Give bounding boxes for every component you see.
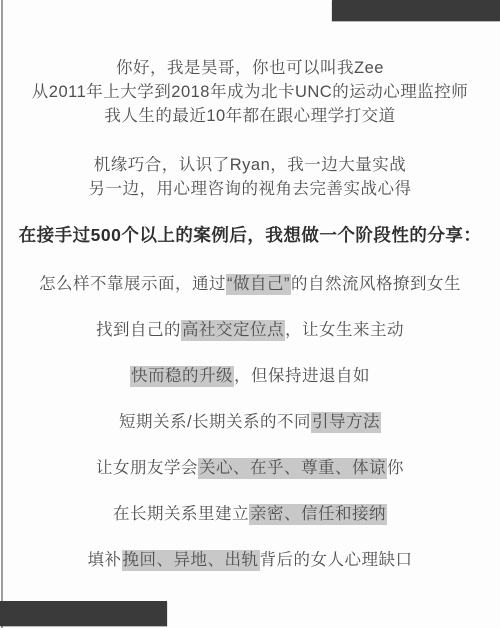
- bullet-item: 短期关系/长期关系的不同引导方法: [0, 412, 500, 432]
- bullet-item: 在长期关系里建立亲密、信任和接纳: [0, 504, 500, 524]
- bullet-item: 快而稳的升级，但保持进退自如: [0, 366, 500, 386]
- bullet-text: ，让女生来主动: [285, 321, 404, 339]
- highlighted-text: 快而稳的升级: [130, 366, 234, 387]
- highlighted-text: 引导方法: [311, 412, 381, 433]
- bullet-text: 填补: [88, 551, 122, 569]
- highlighted-text: 亲密、信任和接纳: [249, 504, 387, 525]
- bullet-item: 填补挽回、异地、出轨背后的女人心理缺口: [0, 550, 500, 570]
- bottom-left-corner-bar: [0, 601, 167, 626]
- intro-line: 你好，我是昊哥，你也可以叫我Zee: [0, 56, 500, 80]
- bullet-item: 让女朋友学会关心、在乎、尊重、体谅你: [0, 458, 500, 478]
- highlighted-text: 高社交定位点: [181, 320, 285, 341]
- highlighted-text: 挽回、异地、出轨: [122, 550, 260, 571]
- highlighted-text: “做自己”: [226, 274, 291, 295]
- intro-line: 我人生的最近10年都在跟心理学打交道: [0, 104, 500, 128]
- intro-block: 你好，我是昊哥，你也可以叫我Zee 从2011年上大学到2018年成为北卡UNC…: [0, 56, 500, 128]
- bullet-text: 的自然流风格撩到女生: [291, 275, 461, 293]
- highlighted-text: 关心、在乎、尊重、体谅: [198, 458, 387, 479]
- bullet-text: 让女朋友学会: [96, 459, 198, 477]
- story-block: 机缘巧合，认识了Ryan，我一边大量实战 另一边，用心理咨询的视角去完善实战心得: [0, 153, 500, 201]
- bullet-text: 找到自己的: [96, 321, 181, 339]
- bullet-text: 在长期关系里建立: [113, 505, 249, 523]
- story-line: 另一边，用心理咨询的视角去完善实战心得: [0, 177, 500, 201]
- bullet-item: 怎么样不靠展示面，通过“做自己”的自然流风格撩到女生: [0, 274, 500, 294]
- bullet-list: 怎么样不靠展示面，通过“做自己”的自然流风格撩到女生 找到自己的高社交定位点，让…: [0, 274, 500, 570]
- poster-content: 你好，我是昊哥，你也可以叫我Zee 从2011年上大学到2018年成为北卡UNC…: [0, 0, 500, 570]
- bullet-text: 你: [387, 459, 404, 477]
- bullet-item: 找到自己的高社交定位点，让女生来主动: [0, 320, 500, 340]
- intro-line: 从2011年上大学到2018年成为北卡UNC的运动心理监控师: [0, 80, 500, 104]
- story-line: 机缘巧合，认识了Ryan，我一边大量实战: [0, 153, 500, 177]
- poster: 你好，我是昊哥，你也可以叫我Zee 从2011年上大学到2018年成为北卡UNC…: [0, 0, 500, 628]
- section-heading: 在接手过500个以上的案例后，我想做一个阶段性的分享：: [0, 222, 500, 248]
- bullet-text: 短期关系/长期关系的不同: [119, 413, 311, 431]
- bullet-text: ，但保持进退自如: [234, 367, 370, 385]
- bullet-text: 背后的女人心理缺口: [260, 551, 413, 569]
- bullet-text: 怎么样不靠展示面，通过: [39, 275, 226, 293]
